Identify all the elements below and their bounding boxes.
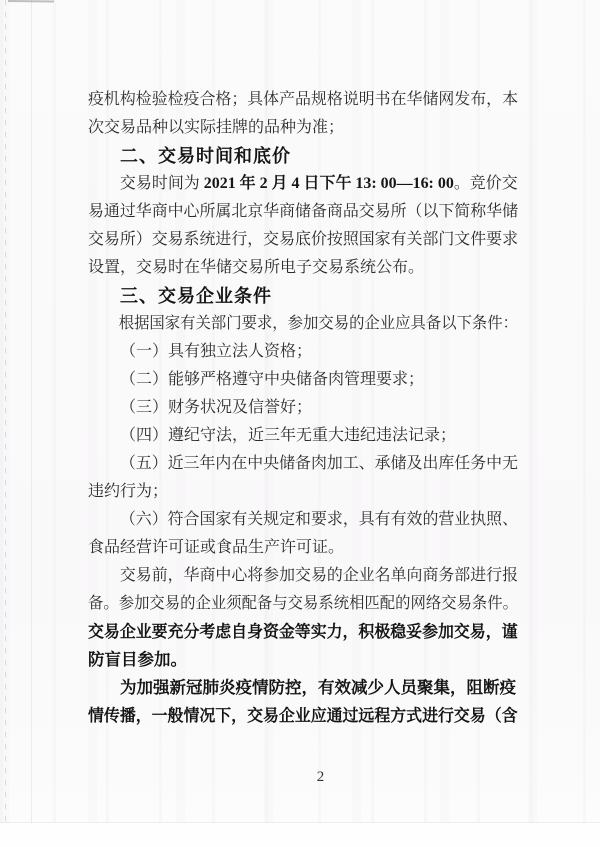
document-text-block: 疫机构检验检疫合格；具体产品规格说明书在华储网发布，本次交易品种以实际挂牌的品种… bbox=[88, 86, 518, 730]
section-heading-line: 三、交易企业条件 bbox=[88, 282, 518, 310]
text-segment: 。竞价交 bbox=[454, 175, 518, 192]
text-segment: 防盲目参加。 bbox=[88, 650, 187, 669]
text-segment: 备。参加交易的企业须配备与交易系统相匹配的网络交易条件。 bbox=[88, 595, 518, 612]
text-line: 根据国家有关部门要求，参加交易的企业应具备以下条件： bbox=[88, 310, 501, 338]
text-segment: （五）近三年内在中央储备肉加工、承储及出库任务中无 bbox=[120, 455, 518, 472]
text-line: 为加强新冠肺炎疫情防控，有效减少人员聚集，阻断疫 bbox=[88, 674, 518, 702]
text-line: （六）符合国家有关规定和要求，具有有效的营业执照、 bbox=[88, 506, 516, 534]
text-segment: 食品经营许可证或食品生产许可证。 bbox=[88, 539, 344, 556]
text-line: 防盲目参加。 bbox=[88, 646, 518, 674]
text-segment: 交易所）交易系统进行，交易底价按照国家有关部门文件要求 bbox=[88, 231, 518, 248]
page-number: 2 bbox=[88, 769, 554, 786]
text-segment: （三）财务状况及信誉好； bbox=[120, 399, 312, 416]
text-segment: 违约行为； bbox=[88, 483, 168, 500]
text-line: 交易前，华商中心将参加交易的企业名单向商务部进行报 bbox=[88, 562, 516, 590]
text-segment: 交易企业要充分考虑自身资金等实力，积极稳妥参加交易，谨 bbox=[88, 622, 518, 641]
text-line: （三）财务状况及信誉好； bbox=[88, 394, 518, 422]
text-line: （四）遵纪守法，近三年无重大违纪违法记录； bbox=[88, 422, 518, 450]
text-segment: 交易前，华商中心将参加交易的企业名单向商务部进行报 bbox=[120, 567, 518, 584]
text-line: 次交易品种以实际挂牌的品种为准； bbox=[88, 114, 518, 142]
text-line: 交易企业要充分考虑自身资金等实力，积极稳妥参加交易，谨 bbox=[88, 618, 503, 646]
text-segment: （六）符合国家有关规定和要求，具有有效的营业执照、 bbox=[120, 511, 518, 528]
text-segment: 二、交易时间和底价 bbox=[120, 146, 291, 166]
text-segment: 根据国家有关部门要求，参加交易的企业应具备以下条件： bbox=[119, 315, 518, 332]
text-segment: 疫机构检验检疫合格；具体产品规格说明书在华储网发布，本 bbox=[88, 91, 518, 108]
text-line: 情传播，一般情况下，交易企业应通过远程方式进行交易（含 bbox=[88, 702, 503, 730]
text-segment: 易通过华商中心所属北京华商储备商品交易所（以下简称华储 bbox=[88, 203, 518, 220]
text-line: 交易时间为 2021 年 2 月 4 日下午 13: 00—16: 00。竞价交 bbox=[88, 170, 517, 198]
text-segment: 交易时间为 bbox=[120, 175, 204, 192]
scan-bottom-band bbox=[0, 823, 600, 847]
scan-corner-artifact bbox=[8, 0, 54, 2]
scan-edge-line bbox=[31, 0, 32, 847]
text-line: 交易所）交易系统进行，交易底价按照国家有关部门文件要求 bbox=[88, 226, 516, 254]
text-segment: 设置，交易时在华储交易所电子交易系统公布。 bbox=[88, 259, 424, 276]
text-segment: （一）具有独立法人资格； bbox=[120, 343, 312, 360]
text-line: 易通过华商中心所属北京华商储备商品交易所（以下简称华储 bbox=[88, 198, 516, 226]
document-page: 疫机构检验检疫合格；具体产品规格说明书在华储网发布，本次交易品种以实际挂牌的品种… bbox=[0, 0, 600, 847]
text-segment: （四）遵纪守法，近三年无重大违纪违法记录； bbox=[120, 427, 456, 444]
text-segment: 三、交易企业条件 bbox=[120, 286, 272, 306]
text-line: 设置，交易时在华储交易所电子交易系统公布。 bbox=[88, 254, 518, 282]
text-line: （一）具有独立法人资格； bbox=[88, 338, 518, 366]
section-heading-line: 二、交易时间和底价 bbox=[88, 142, 518, 170]
text-line: 食品经营许可证或食品生产许可证。 bbox=[88, 534, 518, 562]
text-segment: 2021 年 2 月 4 日下午 13: 00—16: 00 bbox=[204, 175, 454, 192]
text-line: 违约行为； bbox=[88, 478, 518, 506]
text-segment: （二）能够严格遵守中央储备肉管理要求； bbox=[120, 371, 424, 388]
text-segment: 情传播，一般情况下，交易企业应通过远程方式进行交易（含 bbox=[88, 706, 518, 725]
scan-edge-dashed-line bbox=[5, 0, 6, 847]
text-segment: 为加强新冠肺炎疫情防控，有效减少人员聚集，阻断疫 bbox=[120, 678, 516, 697]
text-line: 备。参加交易的企业须配备与交易系统相匹配的网络交易条件。 bbox=[88, 590, 501, 618]
text-line: （二）能够严格遵守中央储备肉管理要求； bbox=[88, 366, 518, 394]
text-segment: 次交易品种以实际挂牌的品种为准； bbox=[88, 119, 344, 136]
text-line: （五）近三年内在中央储备肉加工、承储及出库任务中无 bbox=[88, 450, 516, 478]
text-line: 疫机构检验检疫合格；具体产品规格说明书在华储网发布，本 bbox=[88, 86, 516, 114]
